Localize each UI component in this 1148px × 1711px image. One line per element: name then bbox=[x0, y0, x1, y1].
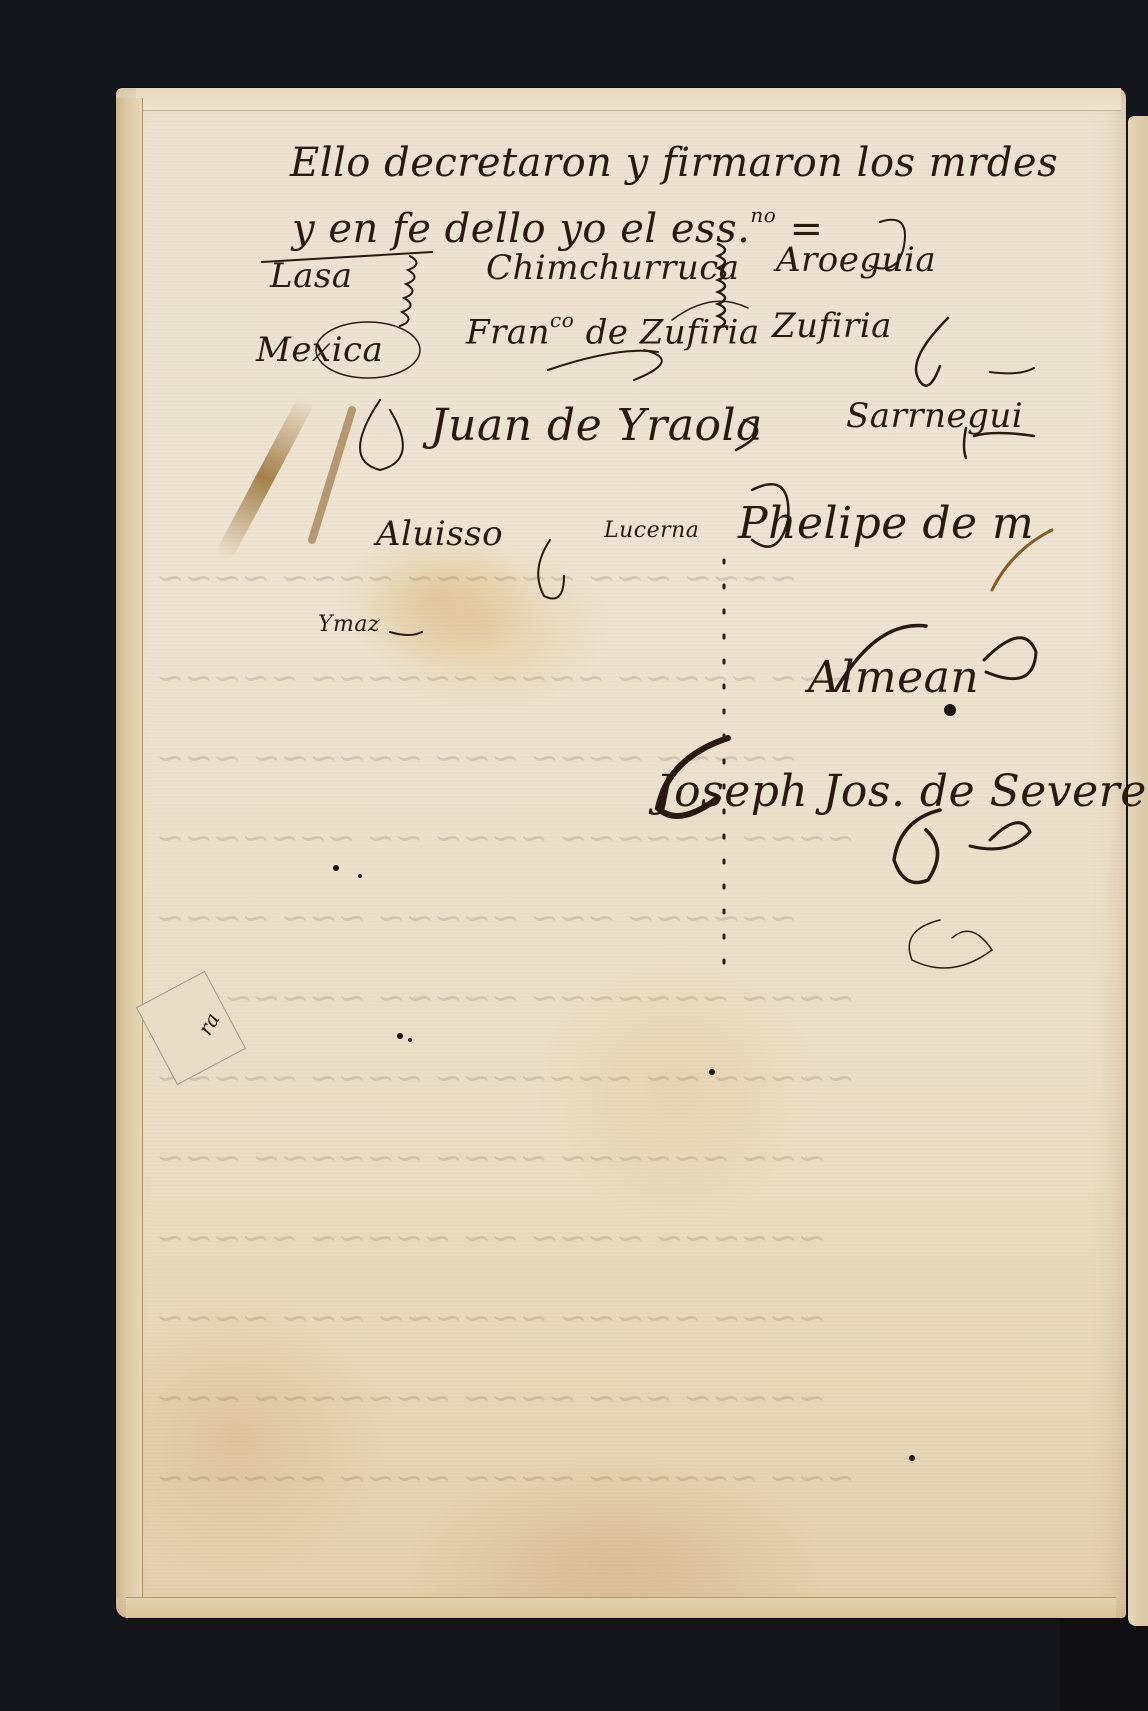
bleed-through-text: ~~~ ~~~~~~ ~~~~ ~~~~ ~~~~~~ bbox=[156, 1458, 854, 1498]
page-left-edge bbox=[116, 98, 143, 1598]
page-top-edge bbox=[136, 88, 1121, 111]
signature-sarrnegui: Sarrnegui bbox=[846, 396, 1023, 436]
adjacent-page-edge bbox=[1128, 116, 1148, 1626]
bleed-through-text: ~~~~ ~~~~~~~ ~~~~~ ~~~~~ ~~ bbox=[156, 978, 854, 1018]
signature-almean: Almean bbox=[808, 652, 979, 703]
signature-aroeguia: Aroeguia bbox=[776, 240, 936, 280]
franco-superscript: co bbox=[550, 308, 574, 332]
bleed-through-text: ~~~~ ~~~ ~~~~~~ ~~~~ ~~~~ bbox=[156, 558, 797, 598]
bleed-through-text: ~~~ ~~~~~ ~~~~ ~~~~~~ ~~~~~ bbox=[156, 658, 854, 698]
signature-lasa: Lasa bbox=[270, 256, 353, 296]
signature-churruca: Chimchurruca bbox=[486, 248, 740, 288]
page-bottom-edge bbox=[126, 1597, 1116, 1618]
signature-mexica: Mexica bbox=[256, 330, 383, 370]
text-line-2-body: y en fe dello yo el ess. bbox=[292, 206, 750, 252]
signature-aluisso: Aluisso bbox=[376, 514, 503, 554]
signature-ymaz: Ymaz bbox=[318, 612, 380, 637]
franco-rest: de Zufiria bbox=[574, 312, 759, 352]
text-line-1: Ello decretaron y firmaron los mrdes bbox=[290, 140, 1058, 186]
signature-zufiria: Zufiria bbox=[772, 306, 892, 346]
franco-first: Fran bbox=[466, 312, 550, 352]
signature-phelipe: Phelipe de m bbox=[738, 498, 1034, 549]
signature-juan-yraola: Juan de Yraola bbox=[430, 400, 763, 451]
signature-joseph: Joseph Jos. de Severena bbox=[656, 766, 1148, 817]
bleed-through-text: ~~~~~ ~~ ~~~~~~~ ~~~~ ~~~~~ bbox=[156, 1058, 854, 1098]
text-line-2-superscript: no bbox=[750, 203, 776, 227]
signature-lucerna: Lucerna bbox=[604, 518, 699, 543]
bleed-through-text: ~~~~~~ ~~~~ ~~ ~~~~~ ~~~~~ bbox=[156, 1218, 826, 1258]
water-stain bbox=[215, 394, 315, 561]
signature-franco-zufiria: Franco de Zufiria bbox=[466, 312, 760, 352]
bleed-through-text: ~~~ ~~~~~~ ~~~~ ~~~~~~ ~~~ bbox=[156, 1138, 826, 1178]
bleed-through-text: ~~~~ ~~~~~ ~~~~~~ ~~~ ~~~~ bbox=[156, 1298, 826, 1338]
text-line-2: y en fe dello yo el ess.no = bbox=[292, 206, 823, 252]
bleed-through-text: ~~~~~~ ~~~ ~~~~~ ~~~ ~~~~ bbox=[156, 898, 797, 938]
bleed-through-text: ~~~~~ ~~~ ~~~~ ~~~~~~~ ~~~ bbox=[156, 1378, 826, 1418]
bleed-through-text: ~~~~ ~~~~~~ ~~~~ ~~ ~~~~~~~ bbox=[156, 818, 854, 858]
